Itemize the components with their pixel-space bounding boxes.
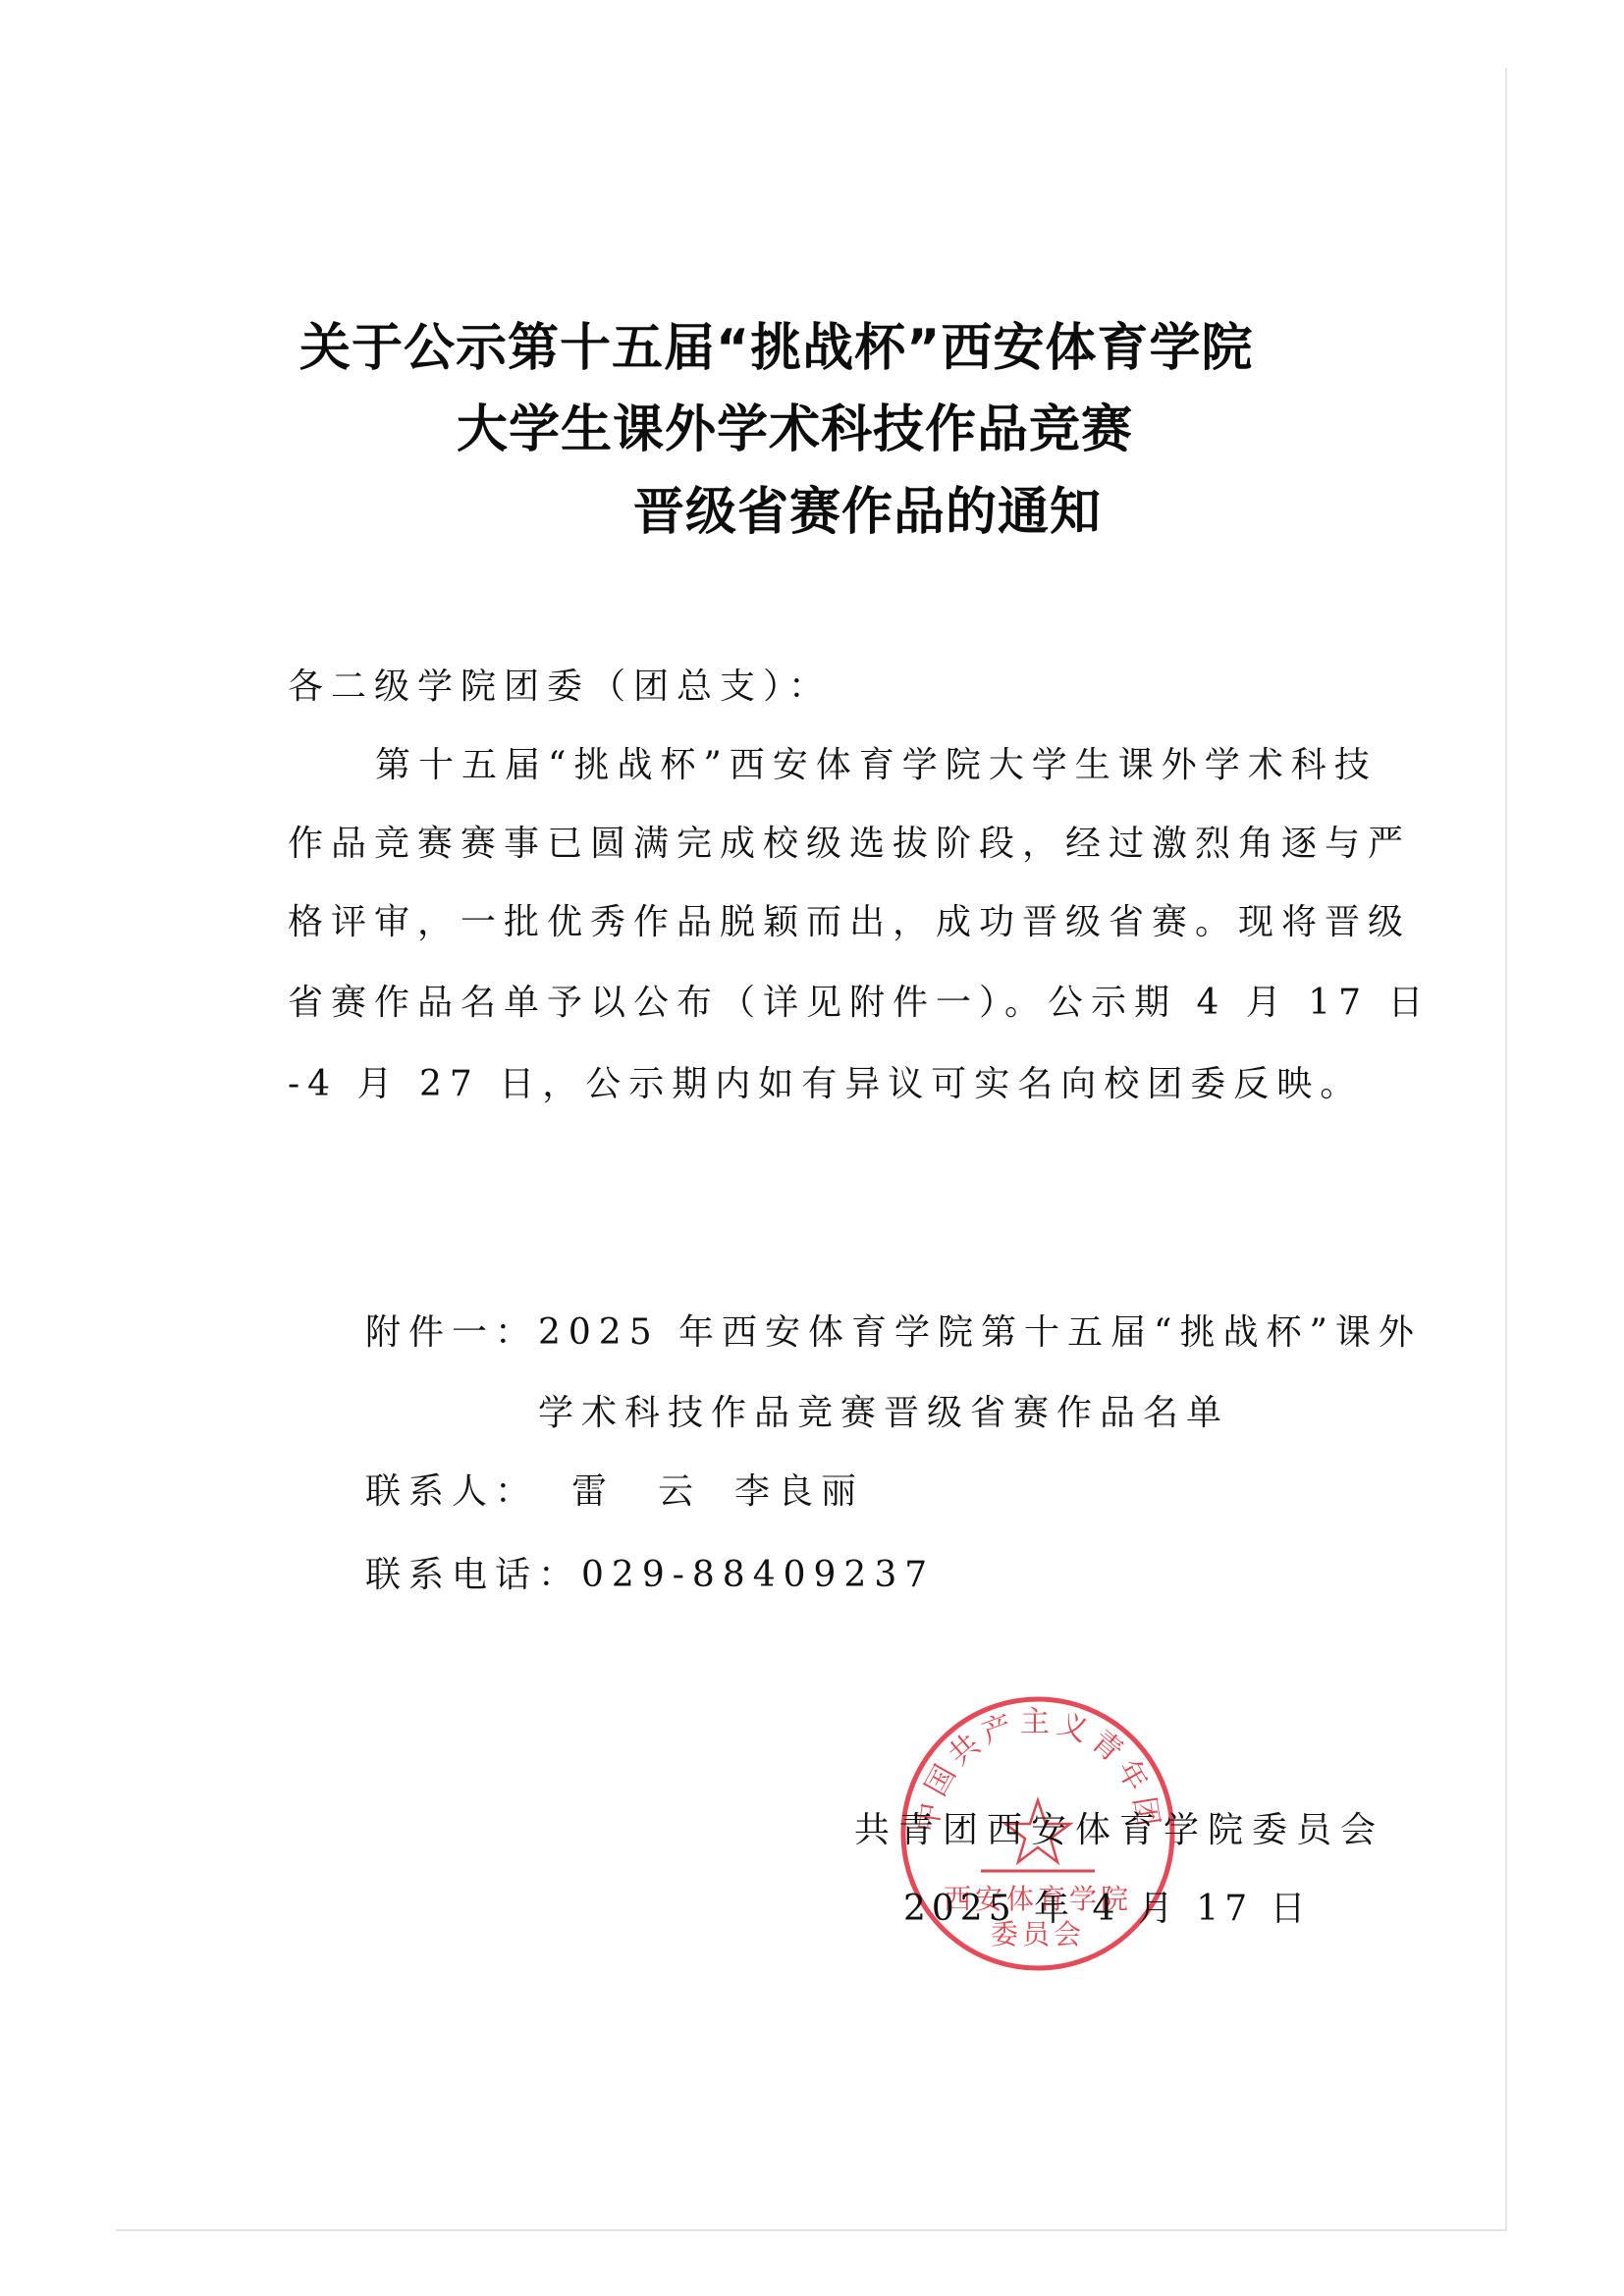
body-line: 省赛作品名单予以公布（详见附件一）。公示期 4 月 17 日 <box>288 982 1432 1025</box>
contact-person: 联系人：雷 云李良丽 <box>365 1470 864 1514</box>
body-line: -4 月 27 日，公示期内如有异议可实名向校团委反映。 <box>288 1063 1363 1106</box>
attachment-line-2: 学术科技作品竞赛晋级省赛作品名单 <box>538 1392 1229 1435</box>
contact-phone-number: 029-88409237 <box>581 1555 935 1595</box>
body-line: 作品竞赛赛事已圆满完成校级选拔阶段，经过激烈角逐与严 <box>288 823 1411 866</box>
signature-organization: 共青团西安体育学院委员会 <box>854 1809 1384 1852</box>
body-line: 格评审，一批优秀作品脱颖而出，成功晋级省赛。现将晋级 <box>288 901 1411 944</box>
contact-person-label: 联系人： <box>365 1471 538 1512</box>
title-line-1: 关于公示第十五届“挑战杯”西安体育学院 <box>299 319 1253 378</box>
signature-date: 2025 年 4 月 17 日 <box>903 1888 1312 1931</box>
salutation: 各二级学院团委（团总支）： <box>288 666 832 709</box>
page-border-right <box>1505 68 1507 2231</box>
title-line-3: 晋级省赛作品的通知 <box>633 483 1102 542</box>
page-border-bottom <box>116 2229 1507 2231</box>
contact-phone: 联系电话：029-88409237 <box>365 1554 935 1597</box>
contact-phone-label: 联系电话： <box>365 1555 581 1595</box>
attachment-line-1: 附件一：2025 年西安体育学院第十五届“挑战杯”课外 <box>365 1311 1422 1355</box>
contact-person-1: 雷 云 <box>571 1471 701 1512</box>
contact-person-2: 李良丽 <box>734 1471 864 1512</box>
title-line-2: 大学生课外学术科技作品竞赛 <box>457 400 1133 459</box>
body-line: 第十五届“挑战杯”西安体育学院大学生课外学术科技 <box>375 744 1378 787</box>
